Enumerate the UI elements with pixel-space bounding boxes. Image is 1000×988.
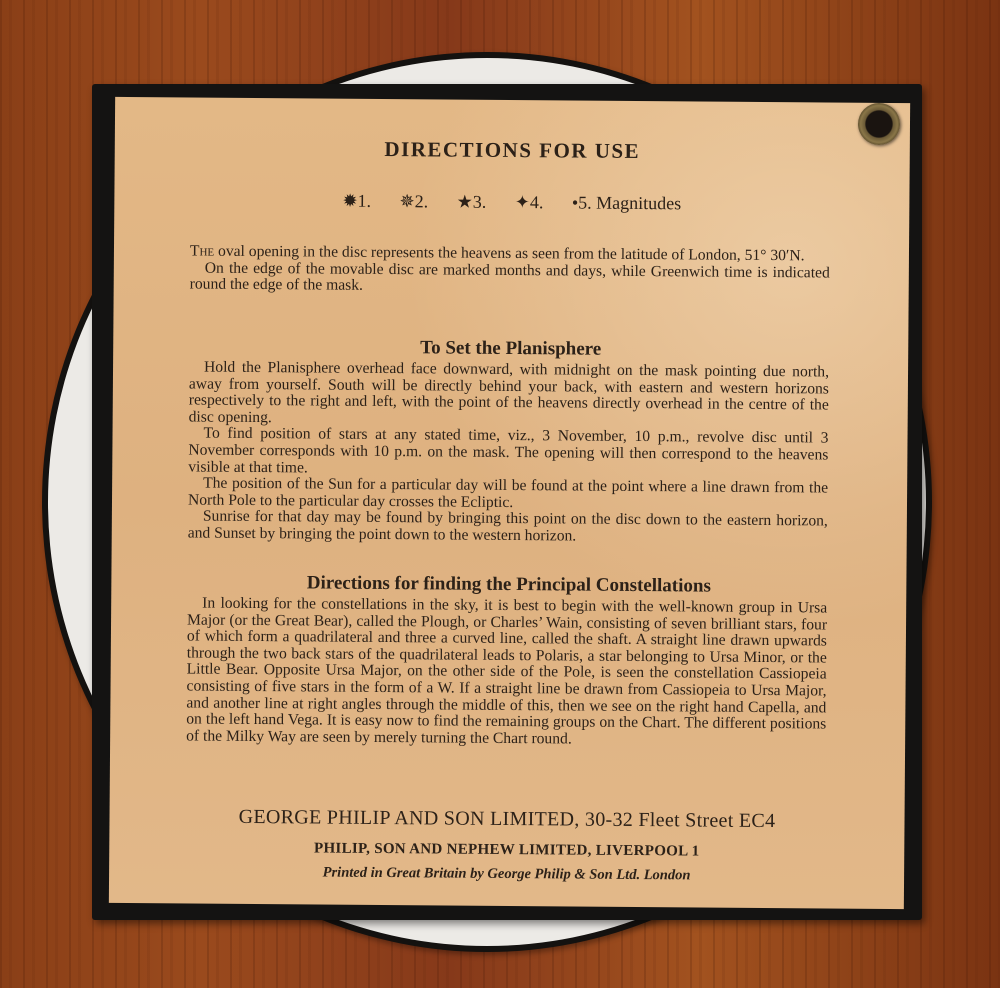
five-point-star-icon: ★ [457, 192, 473, 212]
constellations-text: In looking for the constellations in the… [186, 595, 827, 749]
set-paragraph: Hold the Planisphere overhead face downw… [189, 359, 830, 430]
magnitude-5: •5. Magnitudes [572, 192, 681, 213]
branch-line: PHILIP, SON AND NEPHEW LIMITED, LIVERPOO… [109, 839, 904, 862]
intro-text: The oval opening in the disc represents … [190, 243, 830, 298]
directions-card: DIRECTIONS FOR USE ✹1. ✵2. ★3. ✦4. •5. M… [109, 97, 910, 909]
page-title: DIRECTIONS FOR USE [115, 135, 910, 166]
set-paragraph: To find position of stars at any stated … [188, 426, 828, 481]
magnitude-4: ✦4. [515, 192, 544, 212]
publisher-line: GEORGE PHILIP AND SON LIMITED, 30-32 Fle… [109, 805, 904, 834]
eyelet-hole-icon [858, 103, 900, 145]
set-paragraph: Sunrise for that day may be found by bri… [188, 509, 828, 547]
magnitude-3: ★3. [457, 192, 487, 212]
eight-point-star-icon: ✵ [400, 191, 415, 211]
sunburst-star-icon: ✹ [342, 191, 357, 211]
printed-line: Printed in Great Britain by George Phili… [109, 863, 904, 886]
magnitude-legend: ✹1. ✵2. ★3. ✦4. •5. Magnitudes [114, 189, 909, 216]
magnitude-2: ✵2. [400, 191, 429, 211]
set-planisphere-text: Hold the Planisphere overhead face downw… [188, 359, 829, 547]
four-point-star-icon: ✦ [515, 192, 530, 212]
constellations-paragraph: In looking for the constellations in the… [186, 595, 827, 749]
magnitude-1: ✹1. [342, 191, 371, 211]
intro-paragraph-2: On the edge of the movable disc are mark… [190, 260, 830, 298]
